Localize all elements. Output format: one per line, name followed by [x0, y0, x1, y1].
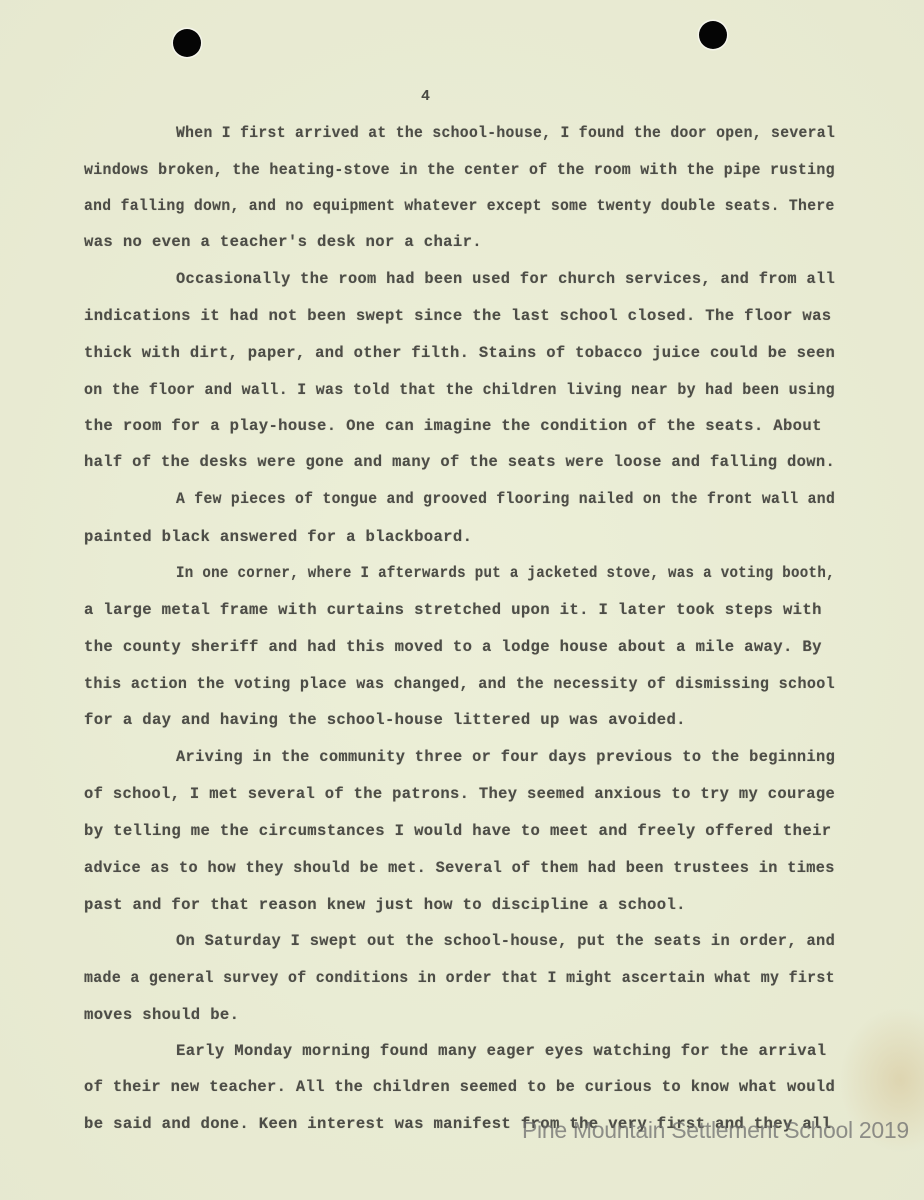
text-line: the room for a play-house. One can imagi… [84, 417, 822, 435]
text-line: half of the desks were gone and many of … [84, 453, 835, 471]
text-line: painted black answered for a blackboard. [84, 528, 472, 546]
watermark: Pine Mountain Settlement School 2019 [522, 1117, 909, 1144]
text-line: a large metal frame with curtains stretc… [84, 601, 822, 619]
text-line: the county sheriff and had this moved to… [84, 638, 822, 656]
text-line: A few pieces of tongue and grooved floor… [176, 490, 835, 508]
text-line: Occasionally the room had been used for … [176, 270, 835, 288]
text-line: for a day and having the school-house li… [84, 711, 686, 729]
text-line: this action the voting place was changed… [84, 675, 835, 693]
text-line: Early Monday morning found many eager ey… [176, 1042, 826, 1060]
text-line: On Saturday I swept out the school-house… [176, 932, 835, 950]
punch-hole-right-icon [699, 21, 727, 49]
text-line: In one corner, where I afterwards put a … [176, 564, 835, 582]
text-line: of school, I met several of the patrons.… [84, 785, 835, 803]
text-line: of their new teacher. All the children s… [84, 1078, 835, 1096]
document-page: 4 When I first arrived at the school-hou… [0, 0, 924, 1200]
text-line: When I first arrived at the school-house… [176, 124, 835, 142]
text-line: made a general survey of conditions in o… [84, 969, 835, 987]
text-line: Ariving in the community three or four d… [176, 748, 835, 766]
text-line: past and for that reason knew just how t… [84, 896, 686, 914]
text-line: on the floor and wall. I was told that t… [84, 381, 835, 399]
text-line: advice as to how they should be met. Sev… [84, 859, 835, 877]
text-line: indications it had not been swept since … [84, 307, 832, 325]
punch-hole-left-icon [173, 29, 201, 57]
text-line: and falling down, and no equipment whate… [84, 197, 835, 215]
text-line: thick with dirt, paper, and other filth.… [84, 344, 835, 362]
text-line: windows broken, the heating-stove in the… [84, 161, 835, 179]
text-line: was no even a teacher's desk nor a chair… [84, 233, 482, 251]
text-line: by telling me the circumstances I would … [84, 822, 832, 840]
text-line: moves should be. [84, 1006, 239, 1024]
page-number: 4 [421, 88, 430, 105]
